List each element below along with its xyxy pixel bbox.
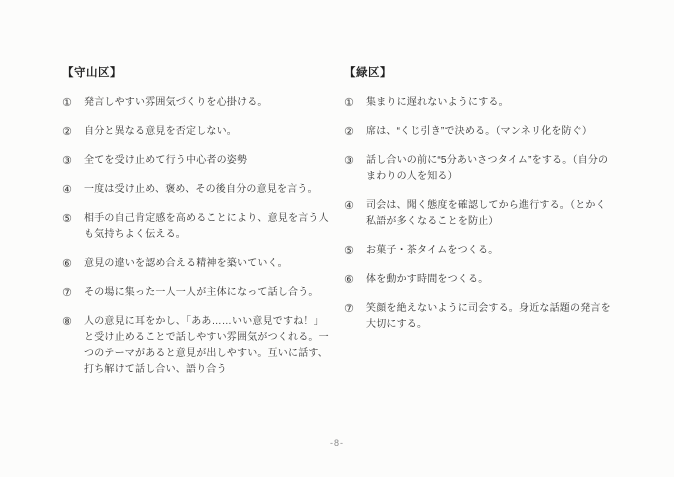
item-text: 笑顔を絶えないように司会する。身近な話題の発言を大切にする。 bbox=[366, 301, 614, 333]
section-title: 【守山区】 bbox=[62, 64, 332, 80]
item-number: ① bbox=[62, 95, 84, 111]
item-text: 発言しやすい雰囲気づくりを心掛ける。 bbox=[84, 95, 332, 111]
list-item: ⑤ 相手の自己肯定感を高めることにより、意見を言う人も気持ちよく伝える。 bbox=[62, 211, 332, 243]
list-item: ⑦ 笑顔を絶えないように司会する。身近な話題の発言を大切にする。 bbox=[344, 301, 614, 333]
content-columns: 【守山区】 ① 発言しやすい雰囲気づくりを心掛ける。 ② 自分と異なる意見を否定… bbox=[62, 64, 614, 391]
item-text: 一度は受け止め、褒め、その後自分の意見を言う。 bbox=[84, 182, 332, 198]
item-number: ② bbox=[62, 124, 84, 140]
item-text: 全てを受け止めて行う中心者の姿勢 bbox=[84, 153, 332, 169]
item-number: ⑦ bbox=[344, 301, 366, 317]
list-item: ③ 全てを受け止めて行う中心者の姿勢 bbox=[62, 153, 332, 169]
item-text: その場に集った一人一人が主体になって話し合う。 bbox=[84, 285, 332, 301]
list-item: ⑤ お菓子・茶タイムをつくる。 bbox=[344, 243, 614, 259]
list-item: ① 集まりに遅れないようにする。 bbox=[344, 95, 614, 111]
item-number: ④ bbox=[344, 198, 366, 214]
item-text: 自分と異なる意見を否定しない。 bbox=[84, 124, 332, 140]
item-number: ③ bbox=[62, 153, 84, 169]
document-page: 【守山区】 ① 発言しやすい雰囲気づくりを心掛ける。 ② 自分と異なる意見を否定… bbox=[0, 0, 674, 477]
list-item: ⑥ 体を動かす時間をつくる。 bbox=[344, 272, 614, 288]
item-number: ④ bbox=[62, 182, 84, 198]
item-text: お菓子・茶タイムをつくる。 bbox=[366, 243, 614, 259]
list-item: ③ 話し合いの前に“5分あいさつタイム”をする。（自分のまわりの人を知る） bbox=[344, 153, 614, 185]
item-text: 司会は、聞く態度を確認してから進行する。（とかく私語が多くなることを防止） bbox=[366, 198, 614, 230]
list-item: ⑦ その場に集った一人一人が主体になって話し合う。 bbox=[62, 285, 332, 301]
item-number: ② bbox=[344, 124, 366, 140]
page-number: -8- bbox=[0, 438, 674, 448]
list-item: ④ 一度は受け止め、褒め、その後自分の意見を言う。 bbox=[62, 182, 332, 198]
list-item: ② 自分と異なる意見を否定しない。 bbox=[62, 124, 332, 140]
item-list: ① 集まりに遅れないようにする。 ② 席は、“くじ引き”で決める。（マンネリ化を… bbox=[344, 95, 614, 333]
item-number: ⑤ bbox=[344, 243, 366, 259]
list-item: ① 発言しやすい雰囲気づくりを心掛ける。 bbox=[62, 95, 332, 111]
list-item: ④ 司会は、聞く態度を確認してから進行する。（とかく私語が多くなることを防止） bbox=[344, 198, 614, 230]
item-number: ⑧ bbox=[62, 314, 84, 330]
section-title: 【緑区】 bbox=[344, 64, 614, 80]
item-text: 体を動かす時間をつくる。 bbox=[366, 272, 614, 288]
item-text: 席は、“くじ引き”で決める。（マンネリ化を防ぐ） bbox=[366, 124, 614, 140]
item-text: 話し合いの前に“5分あいさつタイム”をする。（自分のまわりの人を知る） bbox=[366, 153, 614, 185]
section-midori: 【緑区】 ① 集まりに遅れないようにする。 ② 席は、“くじ引き”で決める。（マ… bbox=[344, 64, 614, 391]
list-item: ⑧ 人の意見に耳をかし、「ああ……いい意見ですね！」と受け止めることで話しやすい… bbox=[62, 314, 332, 378]
item-list: ① 発言しやすい雰囲気づくりを心掛ける。 ② 自分と異なる意見を否定しない。 ③… bbox=[62, 95, 332, 378]
item-number: ⑦ bbox=[62, 285, 84, 301]
item-text: 集まりに遅れないようにする。 bbox=[366, 95, 614, 111]
section-moriyama: 【守山区】 ① 発言しやすい雰囲気づくりを心掛ける。 ② 自分と異なる意見を否定… bbox=[62, 64, 332, 391]
item-number: ⑤ bbox=[62, 211, 84, 227]
item-text: 相手の自己肯定感を高めることにより、意見を言う人も気持ちよく伝える。 bbox=[84, 211, 332, 243]
list-item: ② 席は、“くじ引き”で決める。（マンネリ化を防ぐ） bbox=[344, 124, 614, 140]
item-number: ③ bbox=[344, 153, 366, 169]
item-number: ⑥ bbox=[62, 256, 84, 272]
list-item: ⑥ 意見の違いを認め合える精神を築いていく。 bbox=[62, 256, 332, 272]
item-number: ① bbox=[344, 95, 366, 111]
item-text: 人の意見に耳をかし、「ああ……いい意見ですね！」と受け止めることで話しやすい雰囲… bbox=[84, 314, 332, 378]
item-number: ⑥ bbox=[344, 272, 366, 288]
item-text: 意見の違いを認め合える精神を築いていく。 bbox=[84, 256, 332, 272]
